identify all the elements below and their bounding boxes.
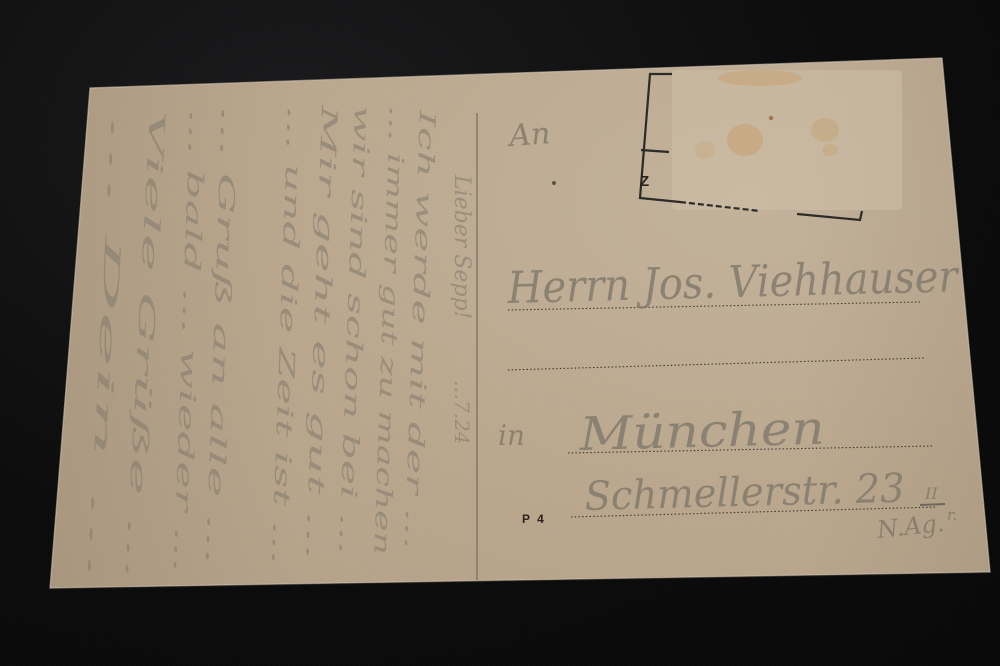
postcard xyxy=(0,0,1000,666)
